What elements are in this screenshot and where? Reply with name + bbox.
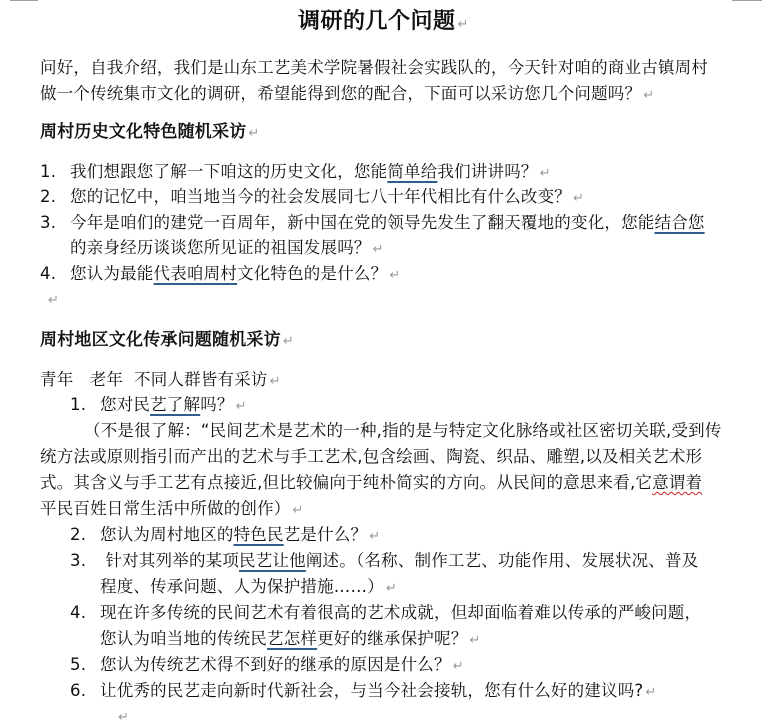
grammar-underline[interactable]: 艺了解 xyxy=(150,395,200,414)
grammar-underline[interactable]: 特色民 xyxy=(234,525,284,544)
paragraph-mark-icon: ↵ xyxy=(283,334,294,349)
section2-item-4-line-2: 您认为咱当地的传统民艺怎样更好的继承保护呢？↵ xyxy=(100,627,481,653)
section1-item-3: 3.今年是咱们的建党一百周年，新中国在党的领导先发生了翻天覆地的变化，您能结合您 xyxy=(40,211,705,235)
section2-item-1: 1.您对民艺了解吗？↵ xyxy=(70,393,247,419)
paragraph-mark-icon: ↵ xyxy=(236,399,247,414)
list-number: 5. xyxy=(70,653,100,677)
paragraph-mark-icon: ↵ xyxy=(386,581,397,596)
section1-item-2: 2.您的记忆中，咱当地当今的社会发展同七八十年代相比有什么改变？↵ xyxy=(40,185,584,211)
list-number: 1. xyxy=(40,160,70,184)
paragraph-mark-icon: ↵ xyxy=(643,88,654,103)
page-corner-mark-right xyxy=(732,0,762,1)
paragraph-mark-icon: ↵ xyxy=(369,529,380,544)
grammar-underline[interactable]: 简单给 xyxy=(387,162,437,181)
page-corner-mark-left xyxy=(10,0,38,1)
empty-paragraph: ↵ xyxy=(46,287,59,313)
section1-item-4: 4.您认为最能代表咱周村文化特色的是什么？↵ xyxy=(40,262,400,288)
paragraph-mark-icon: ↵ xyxy=(458,17,469,32)
section2-item-5: 5.您认为传统艺术得不到好的继承的原因是什么？↵ xyxy=(70,653,464,679)
section2-item-2: 2.您认为周村地区的特色民艺是什么？↵ xyxy=(70,523,380,549)
paragraph-mark-icon: ↵ xyxy=(540,166,551,181)
list-number: 4. xyxy=(70,601,100,625)
explanation-line-1: （不是很了解：“民间艺术是艺术的一种,指的是与特定文化脉络或社区密切关联,受到传 xyxy=(84,419,722,443)
paragraph-mark-icon: ↵ xyxy=(645,685,656,700)
explanation-line-2: 统方法或原则指引而产出的艺术与手工艺术,包含绘画、陶瓷、织品、雕塑,以及相关艺术… xyxy=(40,445,702,469)
list-number: 3. xyxy=(70,549,100,573)
grammar-underline[interactable]: 民艺让他 xyxy=(239,551,306,570)
list-number: 2. xyxy=(70,523,100,547)
section2-heading: 周村地区文化传承问题随机采访↵ xyxy=(40,328,294,354)
section1-item-3-line-2: 的亲身经历谈谈您所见证的祖国发展吗？↵ xyxy=(70,236,384,262)
paragraph-mark-icon: ↵ xyxy=(469,633,480,648)
list-number: 3. xyxy=(40,211,70,235)
list-number: 4. xyxy=(40,262,70,286)
list-number: 2. xyxy=(40,185,70,209)
empty-paragraph: ↵ xyxy=(116,704,129,727)
paragraph-mark-icon: ↵ xyxy=(118,710,129,725)
grammar-underline[interactable]: 代表咱周村 xyxy=(154,264,238,283)
intro-line-2: 做一个传统集市文化的调研，希望能得到您的配合，下面可以采访您几个问题吗？↵ xyxy=(40,82,654,108)
section2-item-4: 4.现在许多传统的民间艺术有着很高的艺术成就，但却面临着难以传承的严峻问题， xyxy=(70,601,701,625)
section2-item-3-line-2: 程度、传承问题、人为保护措施……）↵ xyxy=(100,575,397,601)
grammar-underline[interactable]: 结合您 xyxy=(655,213,705,232)
section1-item-1: 1.我们想跟您了解一下咱这的历史文化，您能简单给我们讲讲吗？↵ xyxy=(40,160,551,186)
explanation-line-4: 平民百姓日常生活中所做的创作）↵ xyxy=(40,497,304,523)
list-number: 1. xyxy=(70,393,100,417)
paragraph-mark-icon: ↵ xyxy=(48,293,59,308)
paragraph-mark-icon: ↵ xyxy=(573,191,584,206)
section2-item-3: 3. 针对其列举的某项民艺让他阐述。（名称、制作工艺、功能作用、发展状况、普及 xyxy=(70,549,698,573)
paragraph-mark-icon: ↵ xyxy=(453,659,464,674)
grammar-underline[interactable]: 艺怎样 xyxy=(267,629,317,648)
section1-heading: 周村历史文化特色随机采访↵ xyxy=(40,120,260,146)
document-title: 调研的几个问题↵ xyxy=(298,10,469,37)
section2-item-6: 6.让优秀的民艺走向新时代新社会，与当今社会接轨，您有什么好的建议吗?↵ xyxy=(70,679,656,705)
paragraph-mark-icon: ↵ xyxy=(293,503,304,518)
paragraph-mark-icon: ↵ xyxy=(248,126,259,141)
section2-audience: 青年 老年 不同人群皆有采访↵ xyxy=(40,368,281,394)
spelling-error-underline[interactable]: 意谓着 xyxy=(652,473,702,492)
paragraph-mark-icon: ↵ xyxy=(389,268,400,283)
explanation-line-3: 式。其含义与手工艺有点接近,但比较偏向于纯朴简实的方向。从民间的意思来看,它意谓… xyxy=(40,471,702,495)
paragraph-mark-icon: ↵ xyxy=(373,242,384,257)
list-number: 6. xyxy=(70,679,100,703)
paragraph-mark-icon: ↵ xyxy=(270,374,281,389)
intro-line-1: 问好，自我介绍，我们是山东工艺美术学院暑假社会实践队的，今天针对咱的商业古镇周村 xyxy=(40,56,708,80)
